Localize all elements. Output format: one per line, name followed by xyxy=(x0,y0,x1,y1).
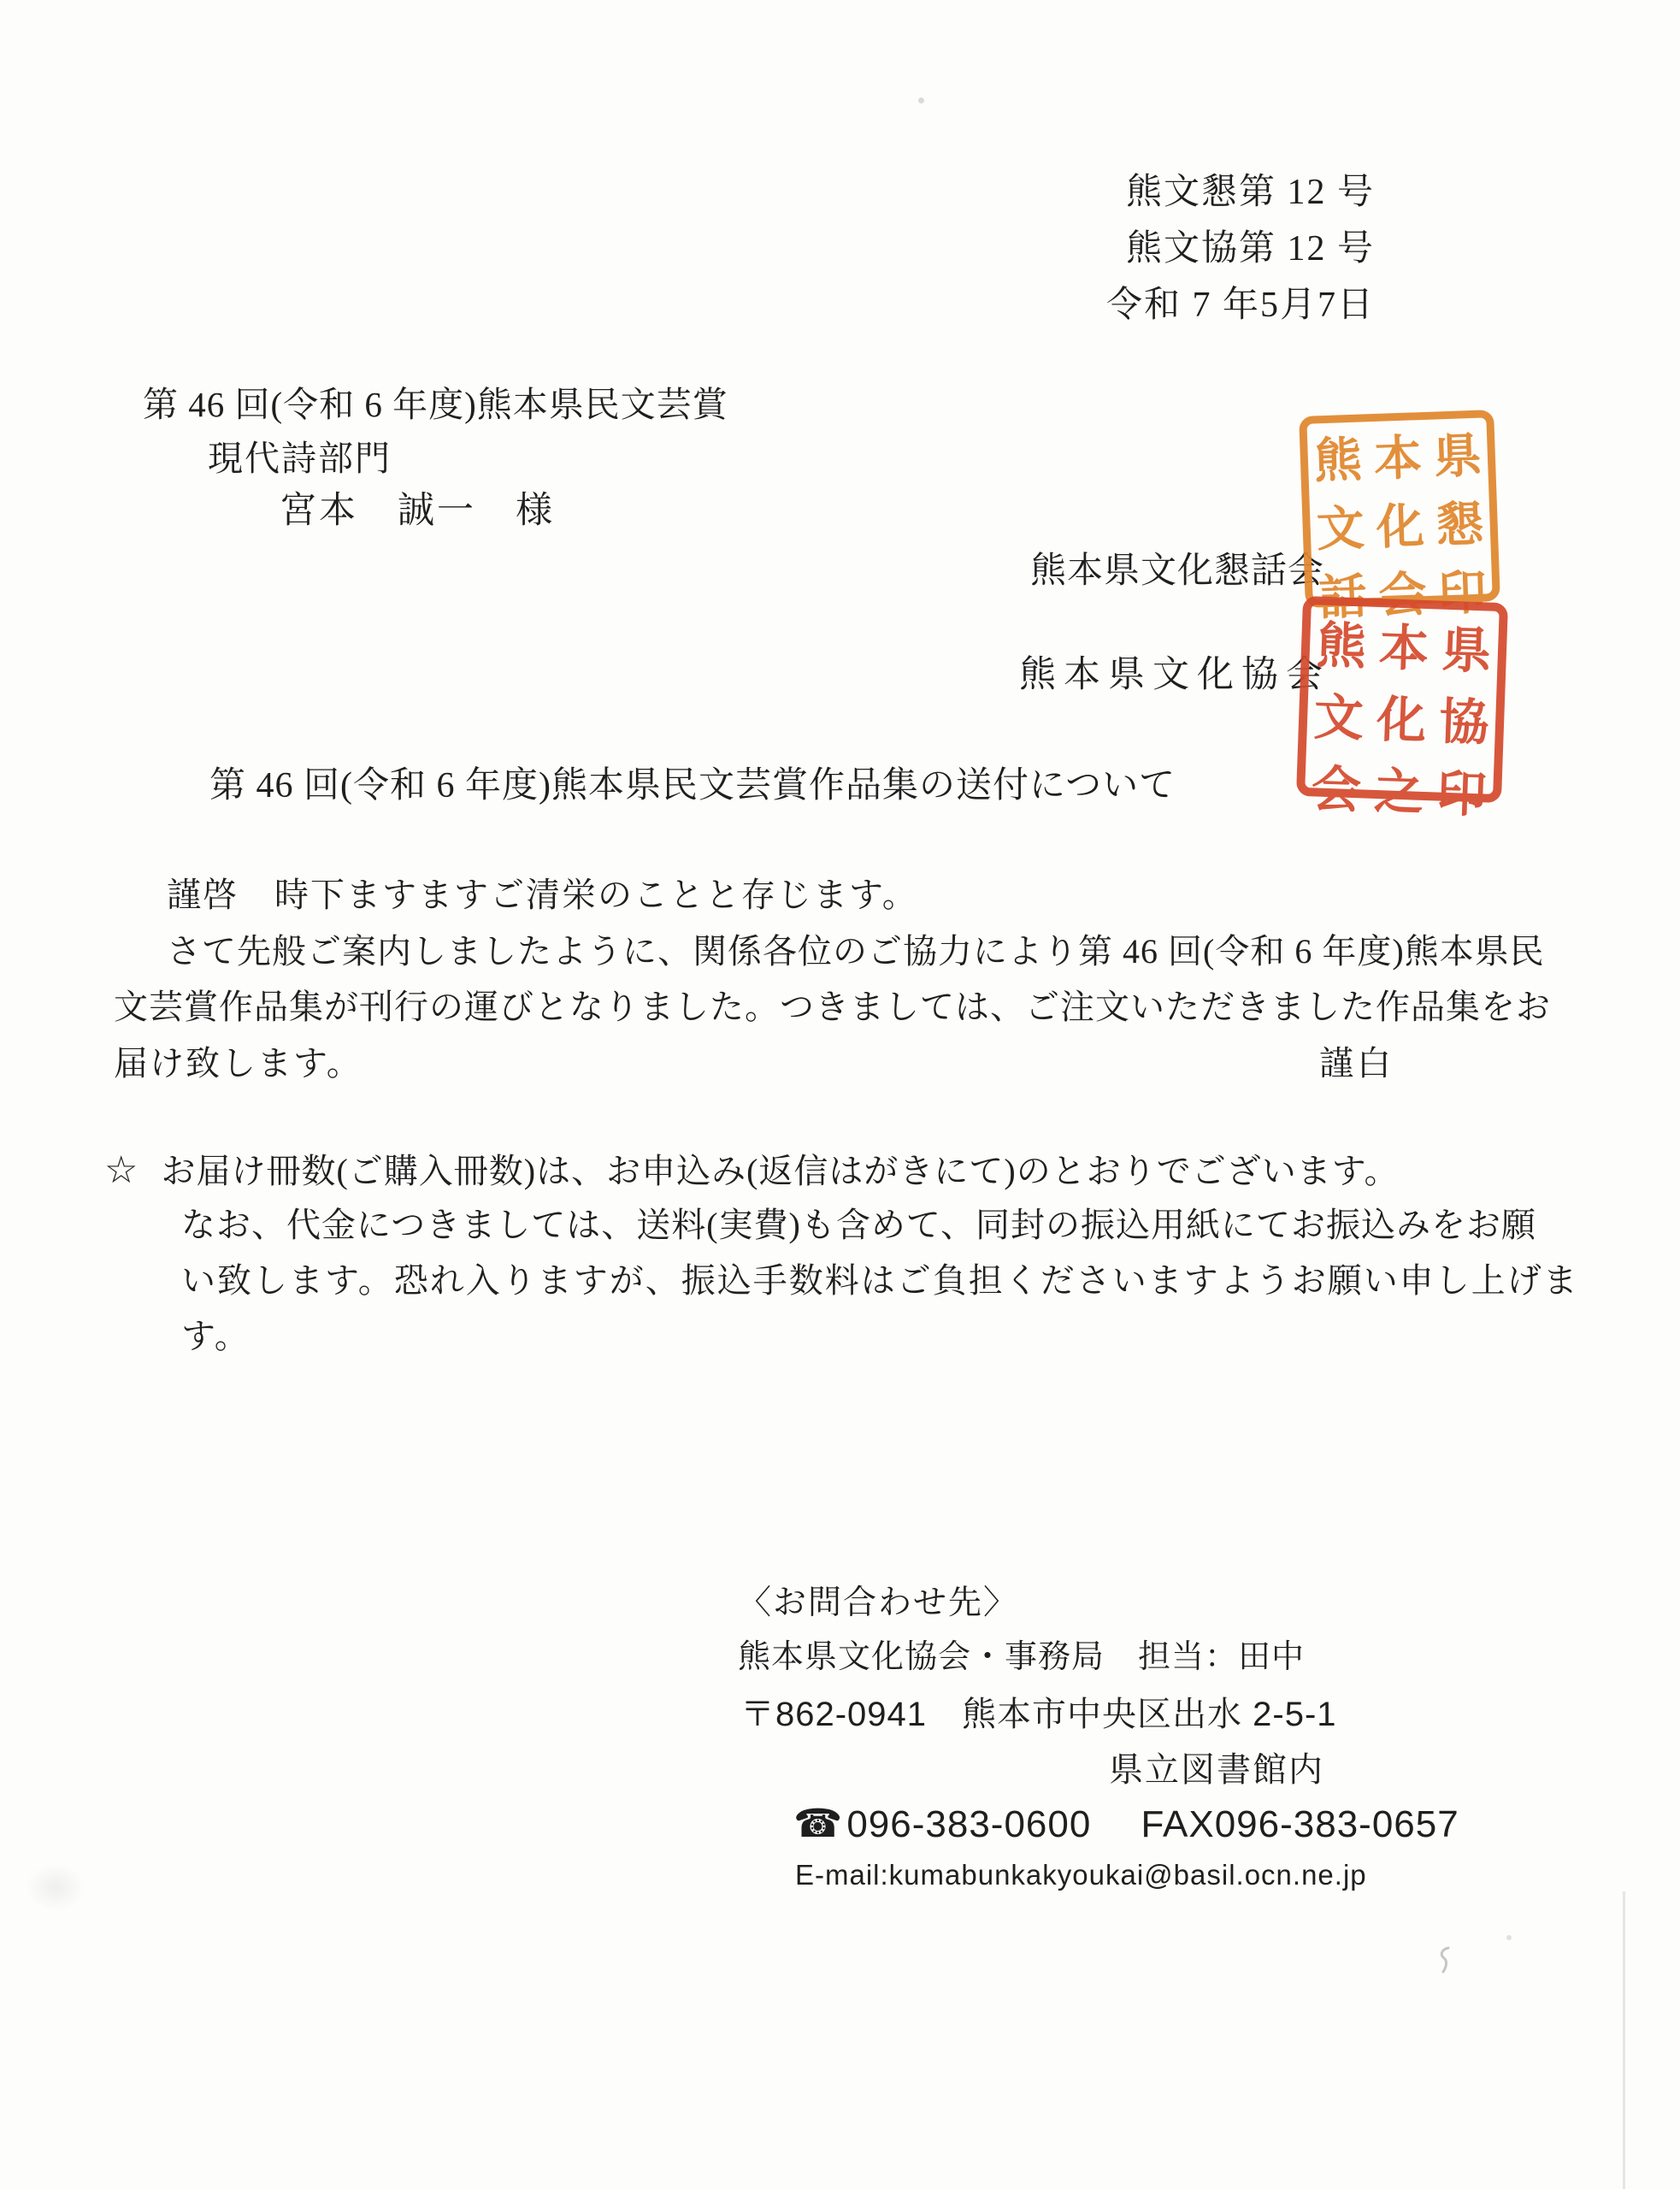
scan-speck xyxy=(1506,1935,1512,1940)
scan-speck xyxy=(918,97,924,103)
note-line-1-text: お届け冊数(ご購入冊数)は、お申込み(返信はがきにて)のとおりでございます。 xyxy=(161,1152,1399,1190)
contact-organization: 熊本県文化協会・事務局 担当：田中 xyxy=(738,1637,1305,1679)
seal-char: 熊 xyxy=(1309,605,1374,679)
seal-char: 会 xyxy=(1304,748,1369,823)
body-line-2: さて先般ご案内しましたように、関係各位のご協力により第 46 回(令和 6 年度… xyxy=(167,930,1545,973)
seal-char: 文 xyxy=(1309,490,1371,560)
seal-char: 文 xyxy=(1306,676,1371,751)
contact-address: 〒862-0941 熊本市中央区出水 2-5-1 xyxy=(740,1693,1337,1736)
award-category-line: 現代詩部門 xyxy=(208,437,392,481)
seal-char: 熊 xyxy=(1306,422,1369,492)
seal-char: 印 xyxy=(1429,752,1494,827)
seal-char: 懇 xyxy=(1429,486,1491,556)
note-line-3: い致します。恐れ入りますが、振込手数料はご負担くださいますようお願い申し上げま xyxy=(181,1260,1579,1302)
sender-kyoukai: 熊本県文化協会 xyxy=(1019,652,1330,699)
phone-icon: ☎ xyxy=(793,1801,843,1845)
contact-heading: 〈お問合わせ先〉 xyxy=(738,1583,1018,1625)
seal-char: 本 xyxy=(1371,607,1436,681)
phone-fax-numbers: 096-383-0600 FAX096-383-0657 xyxy=(846,1803,1459,1845)
contact-building: 県立図書館内 xyxy=(1109,1749,1324,1791)
subject-line: 第 46 回(令和 6 年度)熊本県民文芸賞作品集の送付について xyxy=(209,764,1176,809)
body-greeting: 謹啓 時下ますますご清栄のことと存じます。 xyxy=(167,874,918,917)
sender-kondankai: 熊本県文化懇話会 xyxy=(1030,549,1324,594)
seal-char: 化 xyxy=(1369,679,1434,753)
seal-char: 協 xyxy=(1432,681,1497,755)
letter-date: 令和 7 年5月7日 xyxy=(1106,277,1375,333)
recipient-name: 宮本 誠一 様 xyxy=(280,488,555,534)
contact-email: E-mail:kumabunkakyoukai@basil.ocn.ne.jp xyxy=(795,1857,1367,1892)
contact-phone-line: ☎096-383-0600 FAX096-383-0657 xyxy=(793,1799,1459,1849)
doc-number-block: 熊文懇第 12 号 熊文協第 12 号 令和 7 年5月7日 xyxy=(1106,164,1375,333)
kyoukai-seal-stamp: 熊 本 県 文 化 協 会 之 印 xyxy=(1296,596,1508,803)
seal-char: 県 xyxy=(1426,417,1488,487)
closing-word: 謹白 xyxy=(1319,1042,1394,1085)
note-line-4: す。 xyxy=(181,1315,251,1358)
award-title-line: 第 46 回(令和 6 年度)熊本県民文芸賞 xyxy=(143,383,728,427)
scan-smudge xyxy=(26,1864,85,1911)
scan-squiggle-mark xyxy=(1436,1946,1455,1981)
scan-edge-line xyxy=(1623,1891,1625,2189)
seal-char: 県 xyxy=(1434,609,1499,683)
seal-char: 之 xyxy=(1366,751,1431,825)
star-icon: ☆ xyxy=(104,1149,139,1191)
seal-char: 本 xyxy=(1366,420,1429,490)
scanned-letter-page: 熊文懇第 12 号 熊文協第 12 号 令和 7 年5月7日 第 46 回(令和… xyxy=(0,0,1680,2189)
note-line-2: なお、代金につきましては、送料(実費)も含めて、同封の振込用紙にてお振込みをお願 xyxy=(181,1204,1536,1247)
body-line-3: 文芸賞作品集が刊行の運びとなりました。つきましては、ご注文いただきました作品集を… xyxy=(114,986,1551,1029)
kondankai-seal-stamp: 熊 本 県 文 化 懇 話 会 印 xyxy=(1299,410,1500,608)
body-line-4: 届け致します。 xyxy=(114,1042,363,1085)
note-line-1: ☆お届け冊数(ご購入冊数)は、お申込み(返信はがきにて)のとおりでございます。 xyxy=(104,1147,1400,1194)
seal-char: 化 xyxy=(1369,488,1431,558)
doc-number-kondankai: 熊文懇第 12 号 xyxy=(1106,164,1375,221)
doc-number-kyoukai: 熊文協第 12 号 xyxy=(1106,221,1375,277)
